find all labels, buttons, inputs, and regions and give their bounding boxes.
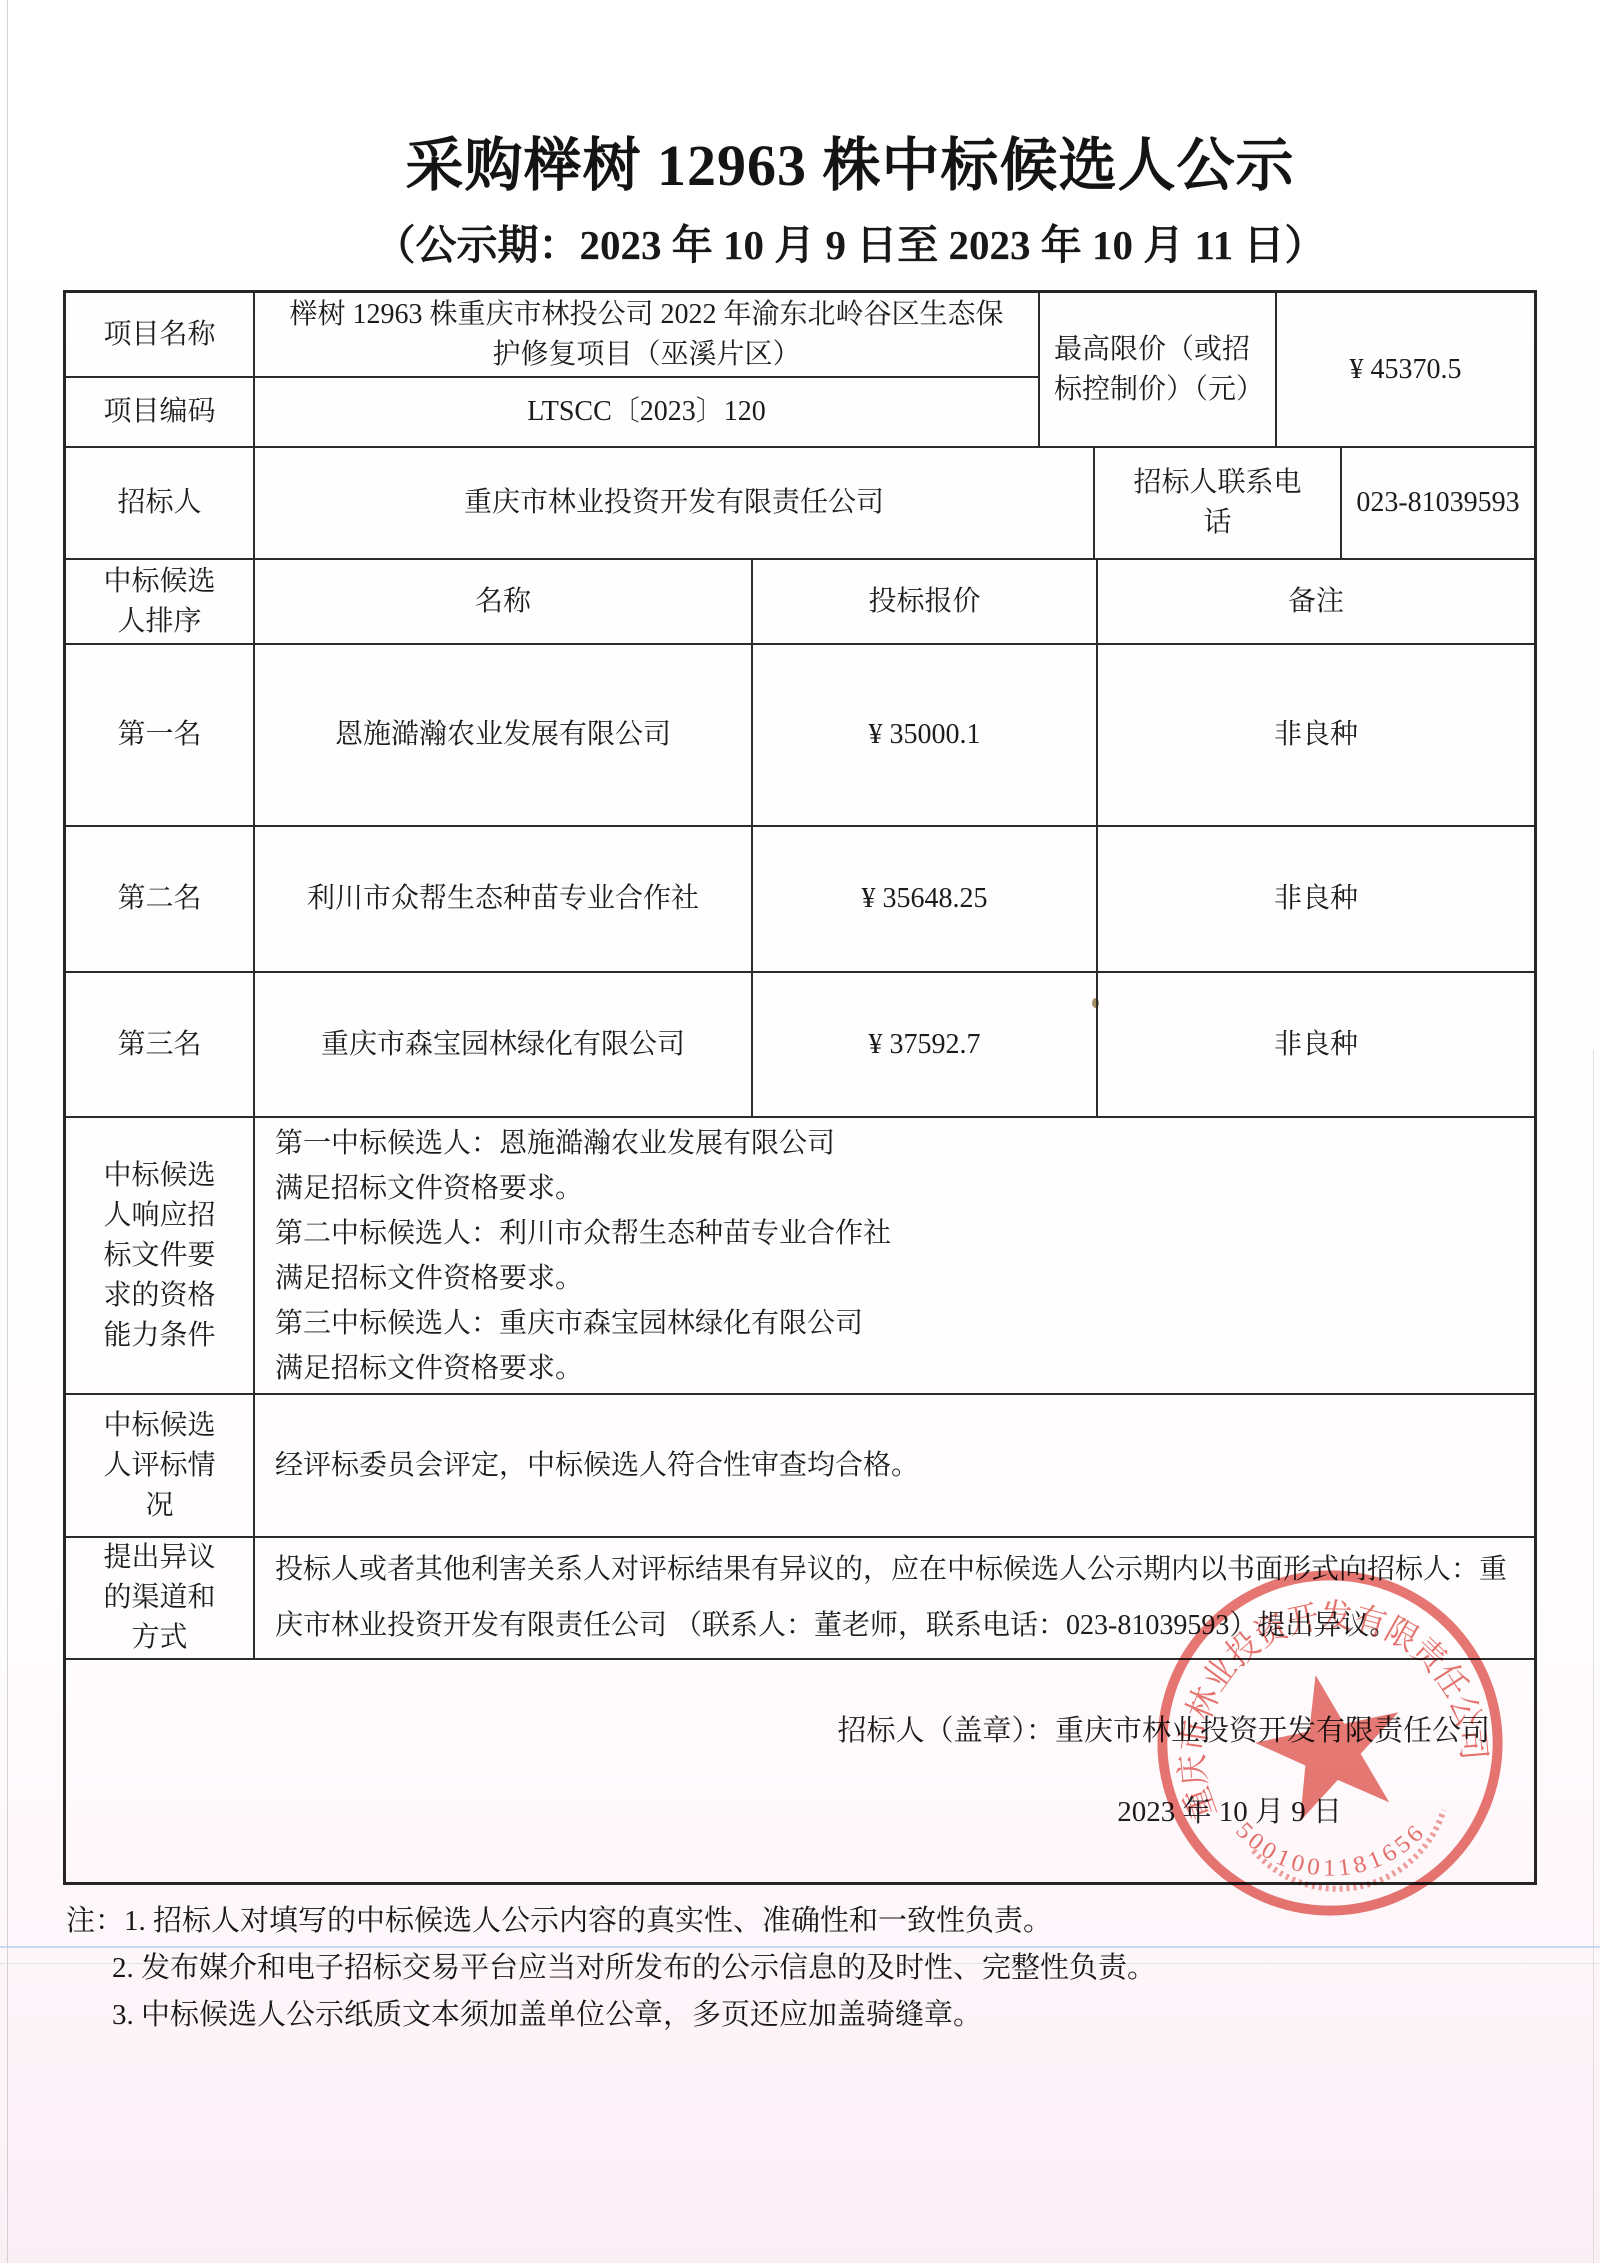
qualification-line: 第三中标候选人：重庆市森宝园林绿化有限公司 <box>275 1301 863 1346</box>
candidates-header-row: 中标候选人排序 名称 投标报价 备注 <box>66 558 1534 643</box>
table-row: 第二名 利川市众帮生态种苗专业合作社 ¥ 35648.25 非良种 <box>66 825 1534 971</box>
remark-header: 备注 <box>1096 560 1534 643</box>
scanned-document-page: { "page": { "title": "采购榉树 12963 株中标候选人公… <box>0 0 1600 2263</box>
note-item: 3. 中标候选人公示纸质文本须加盖单位公章，多页还应加盖骑缝章。 <box>66 1992 1326 2039</box>
project-code-label-cell: 项目编码 <box>66 378 253 446</box>
candidate-remark: 非良种 <box>1096 645 1534 825</box>
candidate-rank: 第三名 <box>66 973 253 1116</box>
rank-header: 中标候选人排序 <box>101 562 219 642</box>
candidate-price: ¥ 37592.7 <box>751 973 1096 1116</box>
qualification-line: 满足招标文件资格要求。 <box>275 1346 583 1391</box>
company-seal-stamp: 重庆市林业投资开发有限责任公司 5001001181656 <box>1048 1461 1600 2026</box>
project-name-label: 项目名称 <box>101 315 219 355</box>
tenderee-label: 招标人 <box>66 448 253 558</box>
qualification-label-cell: 中标候选人响应招标文件要求的资格能力条件 <box>66 1118 253 1393</box>
publicity-period-subtitle: （公示期：2023 年 10 月 9 日至 2023 年 10 月 11 日） <box>100 212 1600 271</box>
candidate-price: ¥ 35648.25 <box>751 827 1096 971</box>
objection-label-cell: 提出异议的渠道和方式 <box>66 1538 253 1658</box>
price-header: 投标报价 <box>751 560 1096 643</box>
rank-header-cell: 中标候选人排序 <box>66 560 253 643</box>
page-title: 采购榉树 12963 株中标候选人公示 <box>100 118 1600 202</box>
tenderee-phone-value: 023-81039593 <box>1340 448 1534 558</box>
name-header: 名称 <box>253 560 751 643</box>
qualification-line: 满足招标文件资格要求。 <box>275 1166 583 1211</box>
candidate-remark: 非良种 <box>1096 827 1534 971</box>
qualification-line: 满足招标文件资格要求。 <box>275 1256 583 1301</box>
project-name-value: 榉树 12963 株重庆市林投公司 2022 年渝东北岭谷区生态保护修复项目（巫… <box>253 293 1038 376</box>
tenderee-row: 招标人 重庆市林业投资开发有限责任公司 招标人联系电话 023-81039593 <box>66 446 1534 558</box>
seal-number-text: 5001001181656 <box>1227 1781 1437 1903</box>
scan-page-edge-right <box>1593 1050 1594 2263</box>
evaluation-label: 中标候选人评标情况 <box>101 1406 219 1526</box>
tenderee-phone-label-cell: 招标人联系电话 <box>1093 448 1340 558</box>
qualification-label: 中标候选人响应招标文件要求的资格能力条件 <box>101 1156 219 1356</box>
candidate-remark: 非良种 <box>1096 973 1534 1116</box>
project-info-rows: 项目名称 榉树 12963 株重庆市林投公司 2022 年渝东北岭谷区生态保护修… <box>66 293 1534 446</box>
tenderee-phone-label: 招标人联系电话 <box>1130 463 1306 543</box>
max-price-label: 最高限价（或招标控制价）（元） <box>1038 293 1275 446</box>
max-price-value: ¥ 45370.5 <box>1275 293 1534 446</box>
objection-label: 提出异议的渠道和方式 <box>101 1538 219 1658</box>
evaluation-label-cell: 中标候选人评标情况 <box>66 1395 253 1536</box>
candidate-name: 重庆市森宝园林绿化有限公司 <box>253 973 751 1116</box>
candidate-rank: 第一名 <box>66 645 253 825</box>
svg-text:5001001181656: 5001001181656 <box>1227 1781 1437 1903</box>
qualification-content: 第一中标候选人：恩施澔瀚农业发展有限公司 满足招标文件资格要求。 第二中标候选人… <box>253 1118 1534 1393</box>
candidate-rank: 第二名 <box>66 827 253 971</box>
project-code-label: 项目编码 <box>101 392 219 432</box>
candidate-name: 恩施澔瀚农业发展有限公司 <box>253 645 751 825</box>
project-code-value: LTSCC〔2023〕120 <box>253 378 1038 446</box>
qualification-row: 中标候选人响应招标文件要求的资格能力条件 第一中标候选人：恩施澔瀚农业发展有限公… <box>66 1116 1534 1393</box>
tenderee-value: 重庆市林业投资开发有限责任公司 <box>253 448 1093 558</box>
table-row: 第一名 恩施澔瀚农业发展有限公司 ¥ 35000.1 非良种 <box>66 643 1534 825</box>
seal-star-icon <box>1244 1660 1417 1827</box>
qualification-line: 第一中标候选人：恩施澔瀚农业发展有限公司 <box>275 1121 835 1166</box>
candidate-price: ¥ 35000.1 <box>751 645 1096 825</box>
scan-page-edge-left <box>7 0 8 2263</box>
evaluation-text: 经评标委员会评定，中标候选人符合性审查均合格。 <box>275 1445 919 1487</box>
candidate-name: 利川市众帮生态种苗专业合作社 <box>253 827 751 971</box>
qualification-line: 第二中标候选人：利川市众帮生态种苗专业合作社 <box>275 1211 891 1256</box>
table-row: 第三名 重庆市森宝园林绿化有限公司 ¥ 37592.7 非良种 <box>66 971 1534 1116</box>
project-name-label-cell: 项目名称 <box>66 293 253 376</box>
